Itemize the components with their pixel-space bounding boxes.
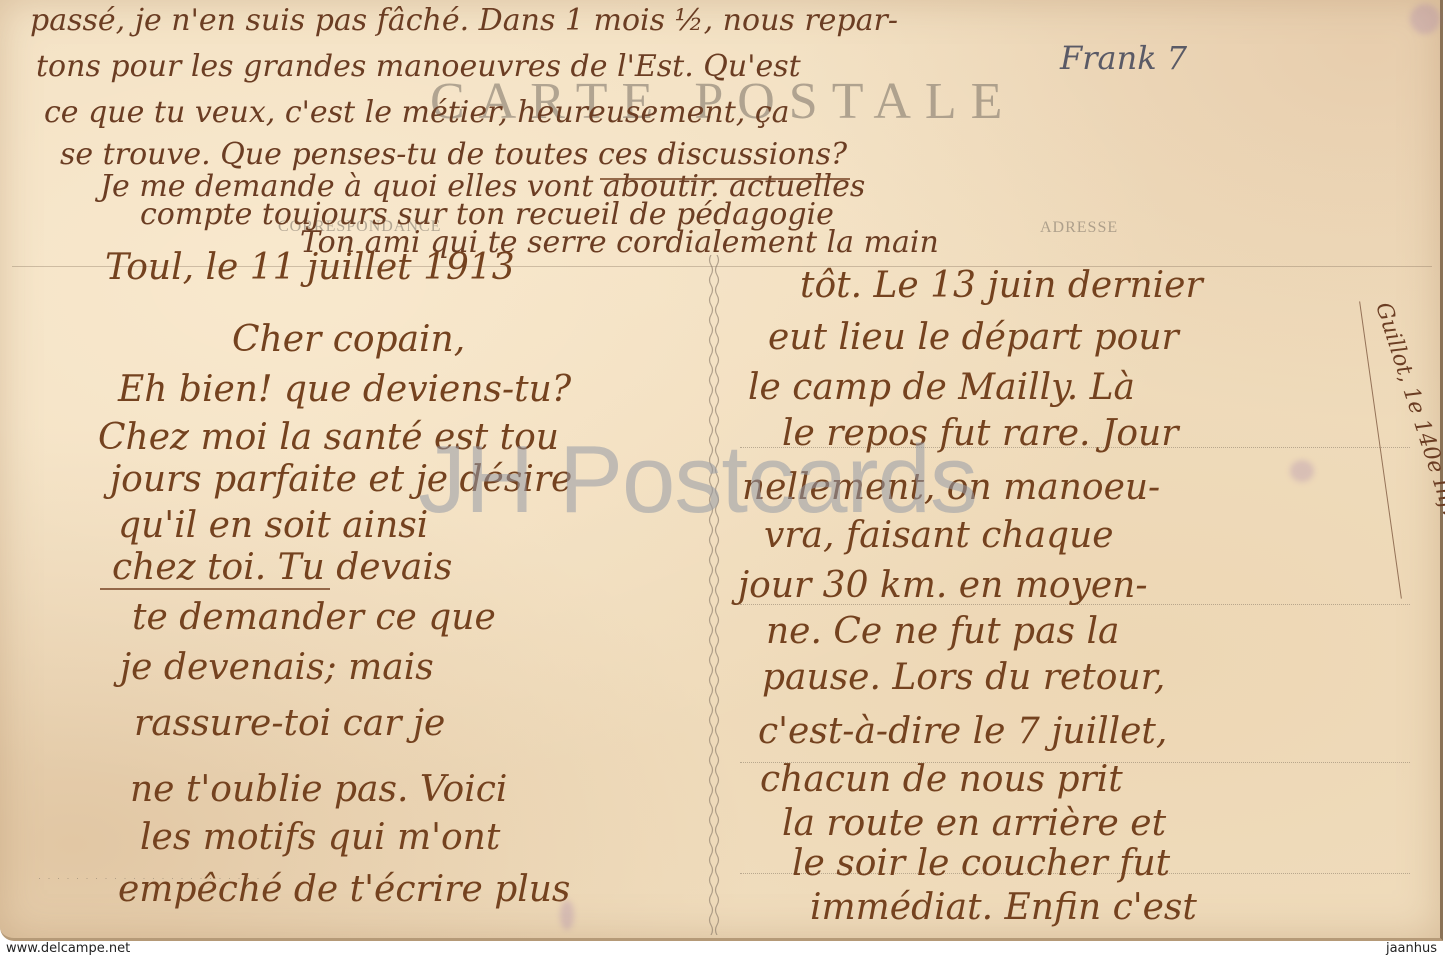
letter-line: qu'il en soit ainsi <box>118 508 428 544</box>
wavy-center-divider <box>706 255 722 935</box>
letter-line: pause. Lors du retour, <box>762 660 1165 696</box>
dateline: Toul, le 11 juillet 1913 <box>105 250 515 286</box>
postcard-back: CARTE POSTALE CORRESPONDANCE ADRESSE · ·… <box>0 0 1443 941</box>
letter-line: chez toi. Tu devais <box>112 550 452 586</box>
stamp-residue <box>1410 4 1440 34</box>
underline-stroke <box>600 178 850 180</box>
handwriting-top-line: ce que tu veux, c'est le métier, heureus… <box>44 98 790 128</box>
letter-line: Eh bien! que deviens-tu? <box>118 372 571 408</box>
letter-line: tôt. Le 13 juin dernier <box>800 268 1203 304</box>
letter-line: jour 30 km. en moyen- <box>738 568 1148 604</box>
handwriting-top-line: passé, je n'en suis pas fâché. Dans 1 mo… <box>30 6 898 36</box>
letter-line: immédiat. Enfin c'est <box>810 890 1197 926</box>
seller-credit: jaanhus <box>1386 941 1437 956</box>
stamp-residue <box>560 900 574 930</box>
letter-line: la route en arrière et <box>782 806 1166 842</box>
stamp-residue <box>1290 460 1314 482</box>
handwriting-top-line: tons pour les grandes manoeuvres de l'Es… <box>36 52 801 82</box>
letter-line: chacun de nous prit <box>760 762 1123 798</box>
letter-line: te demander ce que <box>132 600 496 636</box>
letter-line: ne t'oublie pas. Voici <box>130 772 507 808</box>
letter-line: rassure-toi car je <box>134 706 445 742</box>
delcampe-credit: www.delcampe.net <box>6 941 130 956</box>
underline-stroke <box>100 588 330 590</box>
jh-postcards-watermark: JH Postcards <box>418 425 977 535</box>
printed-adresse-label: ADRESSE <box>1040 219 1118 237</box>
letter-line: le camp de Mailly. Là <box>748 370 1135 406</box>
handwriting-top-line: se trouve. Que penses-tu de toutes ces d… <box>60 140 847 170</box>
letter-line: les motifs qui m'ont <box>140 820 500 856</box>
letter-line: le soir le coucher fut <box>792 846 1170 882</box>
letter-line: c'est-à-dire le 7 juillet, <box>758 714 1167 750</box>
salutation: Cher copain, <box>232 322 465 358</box>
letter-line: ne. Ce ne fut pas la <box>766 614 1119 650</box>
letter-line: je devenais; mais <box>120 650 434 686</box>
letter-line: eut lieu le départ pour <box>768 320 1179 356</box>
pencil-note: Frank 7 <box>1060 42 1187 74</box>
letter-line: empêché de t'écrire plus <box>118 872 570 908</box>
